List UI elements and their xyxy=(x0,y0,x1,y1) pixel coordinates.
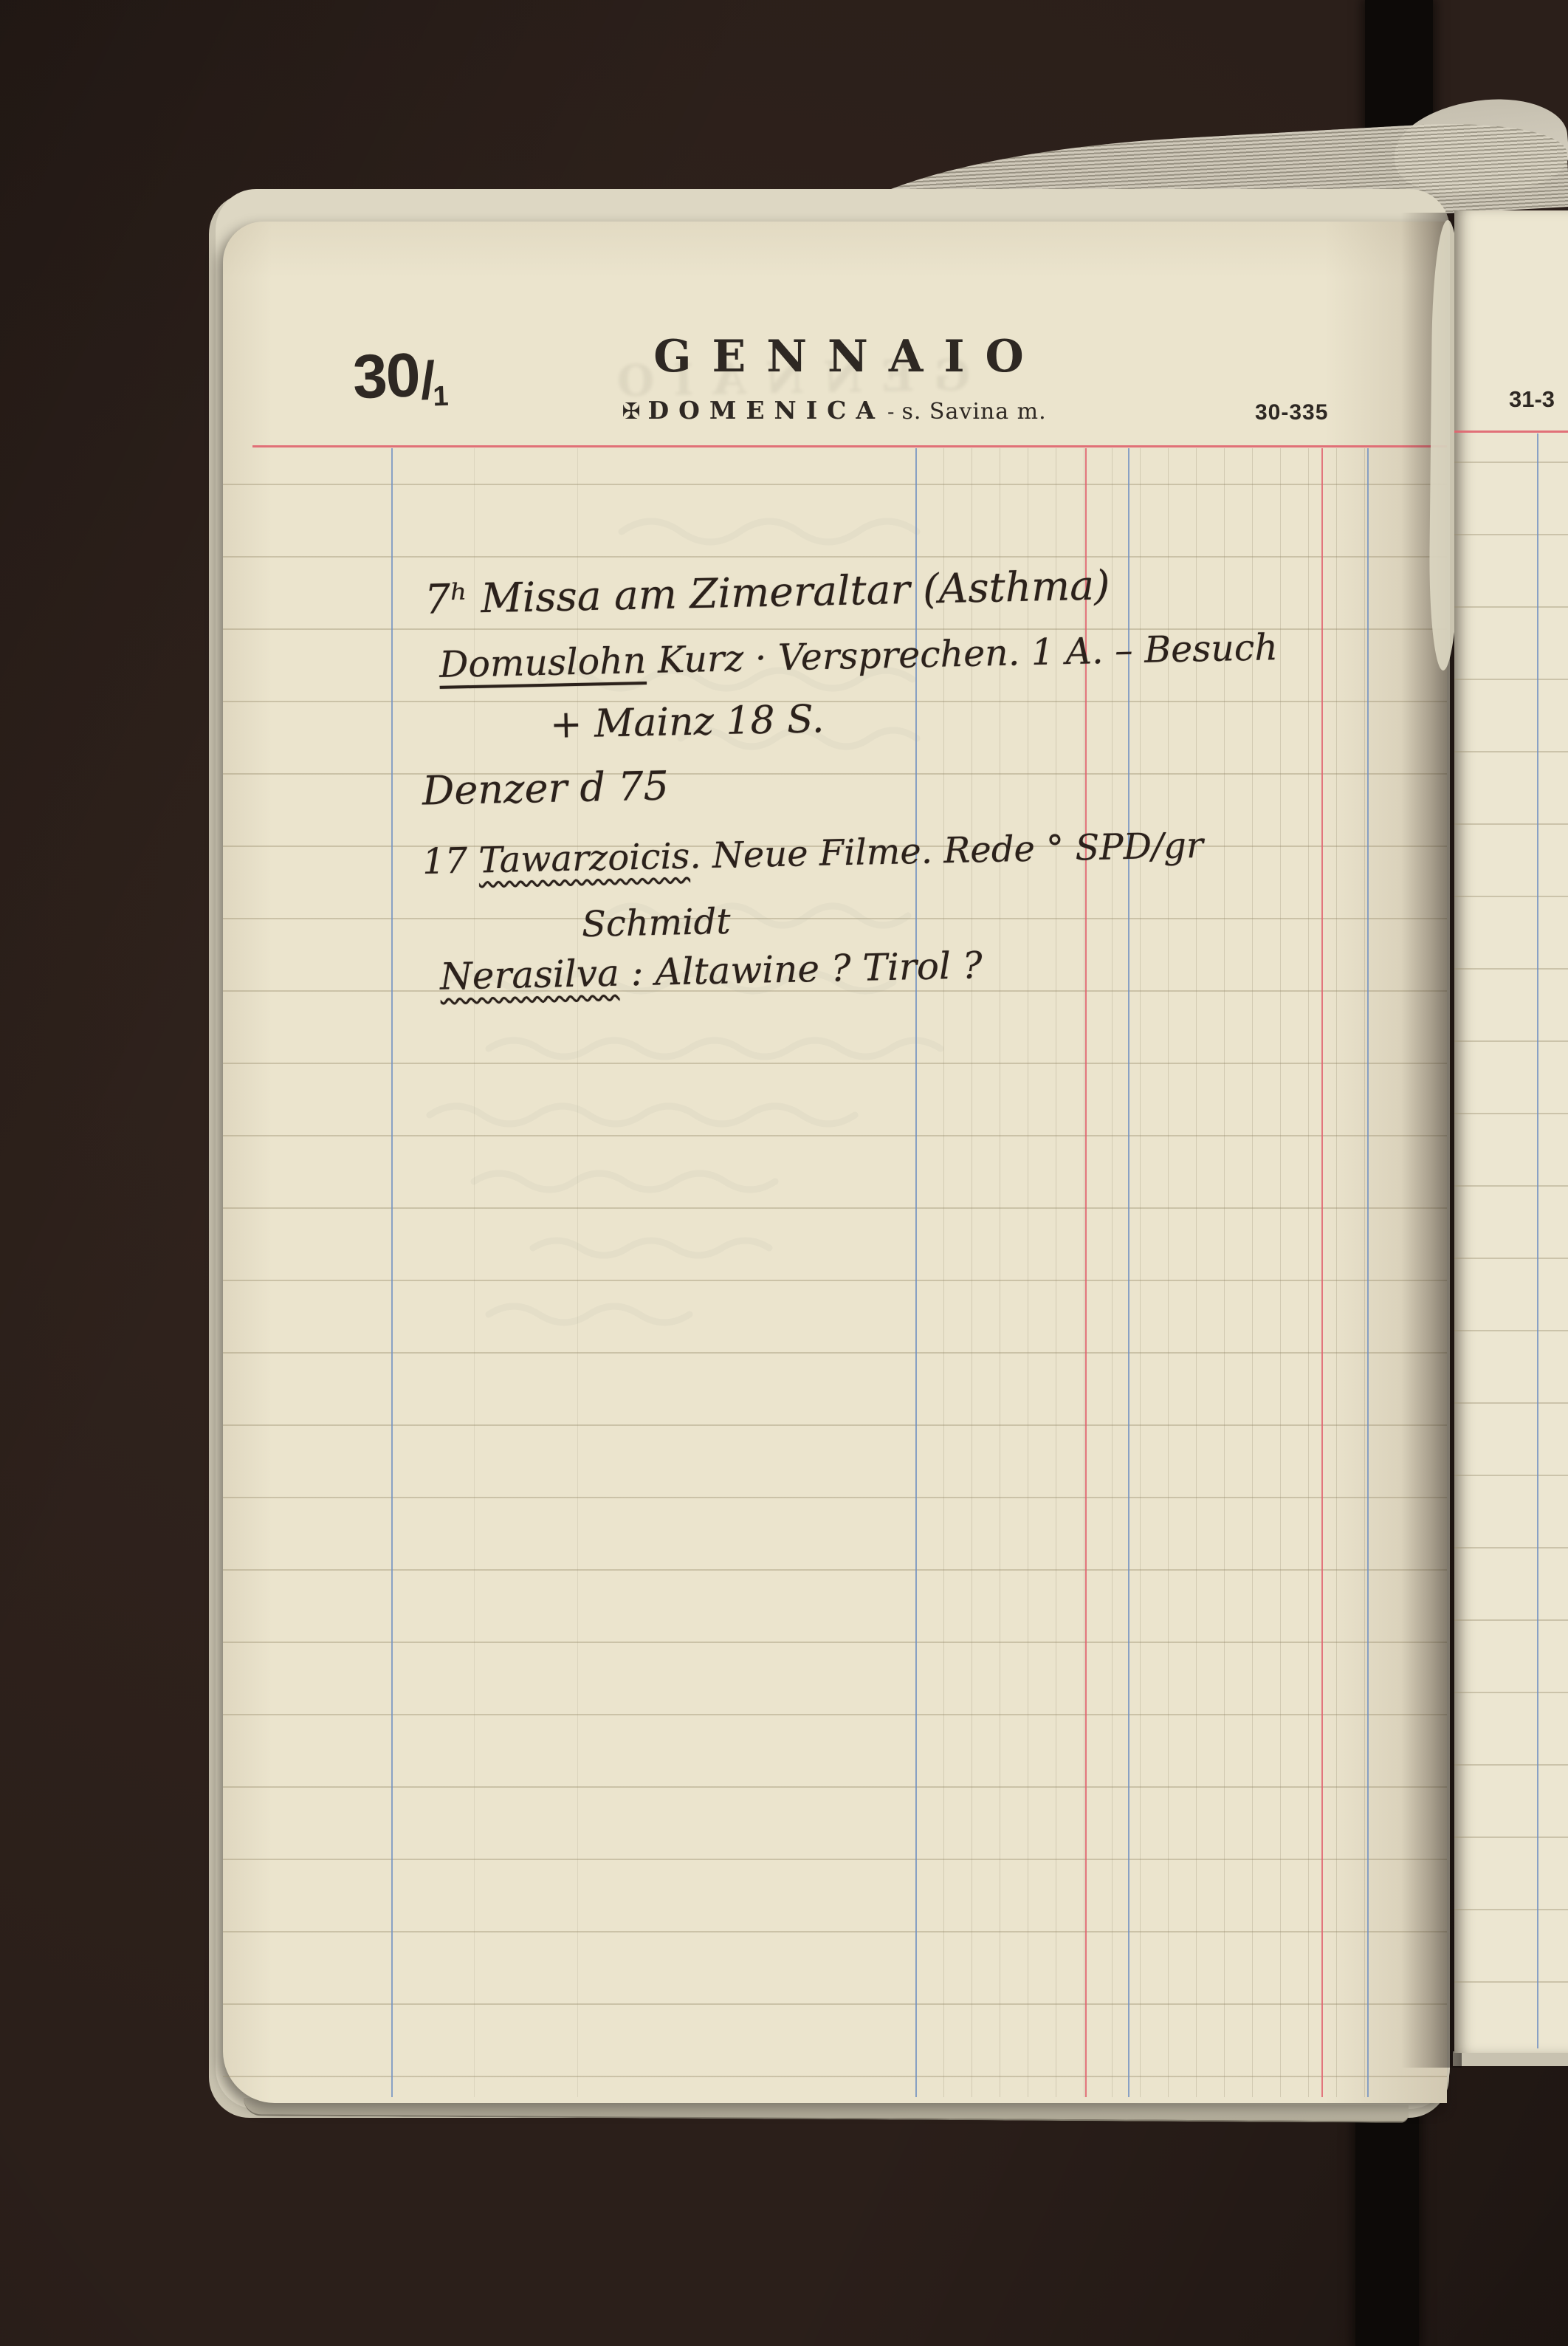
entry-number: 17 xyxy=(422,840,479,882)
column-rule-blue-right xyxy=(1537,433,1538,2048)
handwritten-entry-line: + Mainz 18 S. xyxy=(549,697,825,747)
entry-text: . Neue Filme. Rede ° SPD/gr xyxy=(690,825,1204,877)
handwritten-entry-line: Schmidt xyxy=(581,901,731,945)
bleedthrough-handwriting xyxy=(223,222,1447,2103)
page-code: 30-335 xyxy=(1255,400,1328,425)
saint-label: s. Savina m. xyxy=(901,399,1046,425)
entry-text: Kurz · Versprechen. 1 A. – Besuch xyxy=(646,626,1279,682)
handwritten-entry-line: Domuslohn Kurz · Versprechen. 1 A. – Bes… xyxy=(439,626,1279,686)
weekday-label: DOMENICA xyxy=(647,396,884,425)
column-rule-red xyxy=(1321,448,1323,2097)
maltese-cross-icon: ✠ xyxy=(622,399,640,425)
column-rule-blue xyxy=(915,448,917,2097)
margin-rule-blue xyxy=(391,448,393,2097)
header-red-rule-right xyxy=(1454,431,1568,433)
column-rule-blue xyxy=(1367,448,1369,2097)
column-rule-blue xyxy=(1128,448,1129,2097)
entry-text: : Altawine ? Tirol ? xyxy=(619,944,983,994)
day-number-value: 30 xyxy=(351,340,420,411)
weekday-line: ✠DOMENICA-s. Savina m. xyxy=(622,396,1046,425)
underlined-word: Tawarzoicis xyxy=(478,835,690,881)
underlined-word: Nerasilva xyxy=(439,952,619,998)
horizontal-rules xyxy=(223,484,1447,2097)
handwritten-entry-line: Nerasilva : Altawine ? Tirol ? xyxy=(439,944,983,998)
underlined-word: Domuslohn xyxy=(439,639,647,686)
page-code-right: 31-3 xyxy=(1509,386,1555,413)
header-red-rule xyxy=(252,445,1447,447)
faint-column-rule xyxy=(474,448,475,2097)
handwritten-entry-line: Denzer d 75 xyxy=(422,763,669,814)
fine-column-rules xyxy=(915,448,1369,2097)
weekday-separator: - xyxy=(887,399,894,424)
day-sub-number: 1 xyxy=(433,381,450,413)
faint-column-rule xyxy=(577,448,578,2097)
day-number: 30/1 xyxy=(351,338,450,413)
handwritten-entry-line: 7ʰ Missa am Zimeraltar (Asthma) xyxy=(424,561,1110,622)
diary-left-page: GENNAIO 30/1 GENNAIO ✠DOMENICA-s. Savina… xyxy=(223,222,1447,2103)
column-rule-red xyxy=(1085,448,1087,2097)
diary-right-page: 31-3 xyxy=(1454,210,1568,2053)
diary-photo: { "header": { "day": "30", "day_separato… xyxy=(0,0,1568,2346)
horizontal-rules-right xyxy=(1454,462,1568,2048)
month-title: GENNAIO xyxy=(653,331,1045,383)
handwritten-entry-line: 17 Tawarzoicis. Neue Filme. Rede ° SPD/g… xyxy=(422,825,1204,882)
page-bottom-edges-right xyxy=(1453,2051,1568,2066)
